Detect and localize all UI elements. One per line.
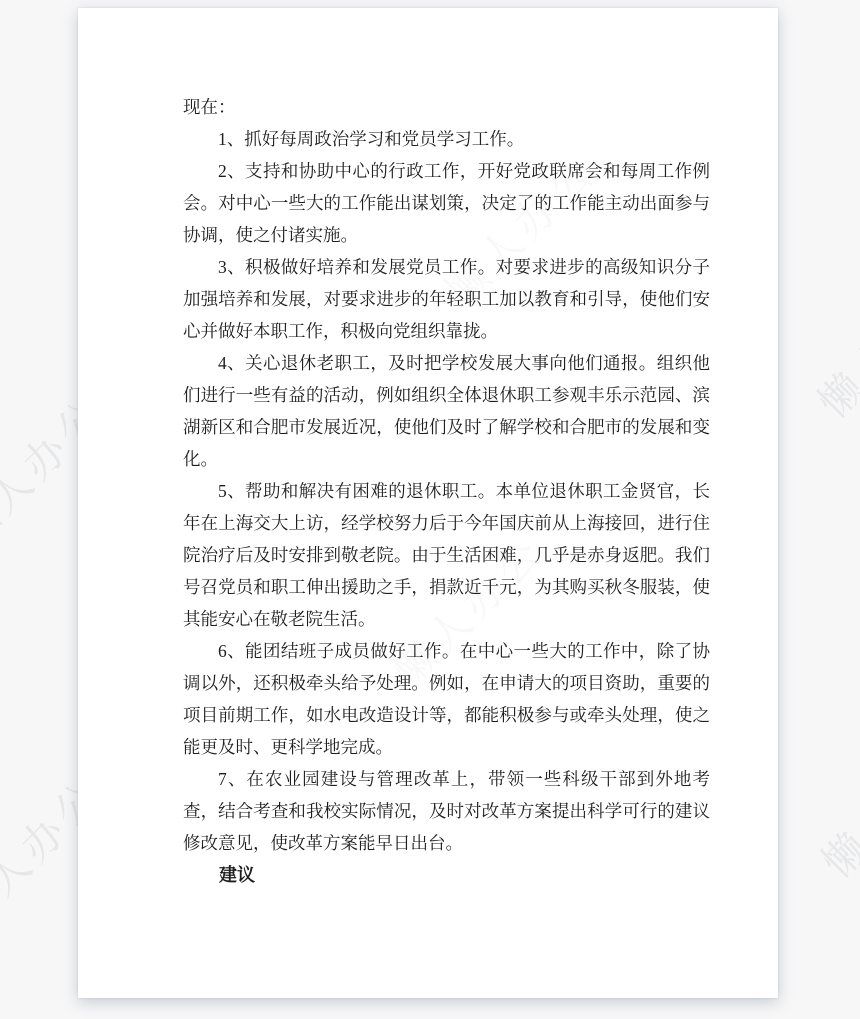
paragraph: 7、在农业园建设与管理改革上，带领一些科级干部到外地考查，结合考查和我校实际情况… bbox=[183, 763, 710, 859]
watermark-text: 懒人办公 bbox=[807, 711, 860, 889]
intro-line: 现在： bbox=[183, 91, 710, 123]
paragraph: 3、积极做好培养和发展党员工作。对要求进步的高级知识分子加强培养和发展，对要求进… bbox=[183, 251, 710, 347]
paragraph: 4、关心退休老职工，及时把学校发展大事向他们通报。组织他们进行一些有益的活动，例… bbox=[183, 347, 710, 475]
paragraph: 1、抓好每周政治学习和党员学习工作。 bbox=[183, 123, 710, 155]
app-canvas: 懒人办公 懒人办公 懒人办公 懒人办公 懒人办公 懒人办公 现在： 1、抓好每周… bbox=[0, 0, 860, 1019]
document-body: 现在： 1、抓好每周政治学习和党员学习工作。 2、支持和协助中心的行政工作，开好… bbox=[78, 8, 778, 891]
paragraph: 5、帮助和解决有困难的退休职工。本单位退休职工金贤官，长年在上海交大上访，经学校… bbox=[183, 475, 710, 635]
section-heading: 建议 bbox=[183, 859, 710, 891]
document-page: 懒人办公 懒人办公 现在： 1、抓好每周政治学习和党员学习工作。 2、支持和协助… bbox=[78, 8, 778, 998]
paragraph: 2、支持和协助中心的行政工作，开好党政联席会和每周工作例会。对中心一些大的工作能… bbox=[183, 155, 710, 251]
watermark-text: 懒人办公 bbox=[803, 251, 860, 429]
paragraph: 6、能团结班子成员做好工作。在中心一些大的工作中，除了协调以外，还积极牵头给予处… bbox=[183, 635, 710, 763]
